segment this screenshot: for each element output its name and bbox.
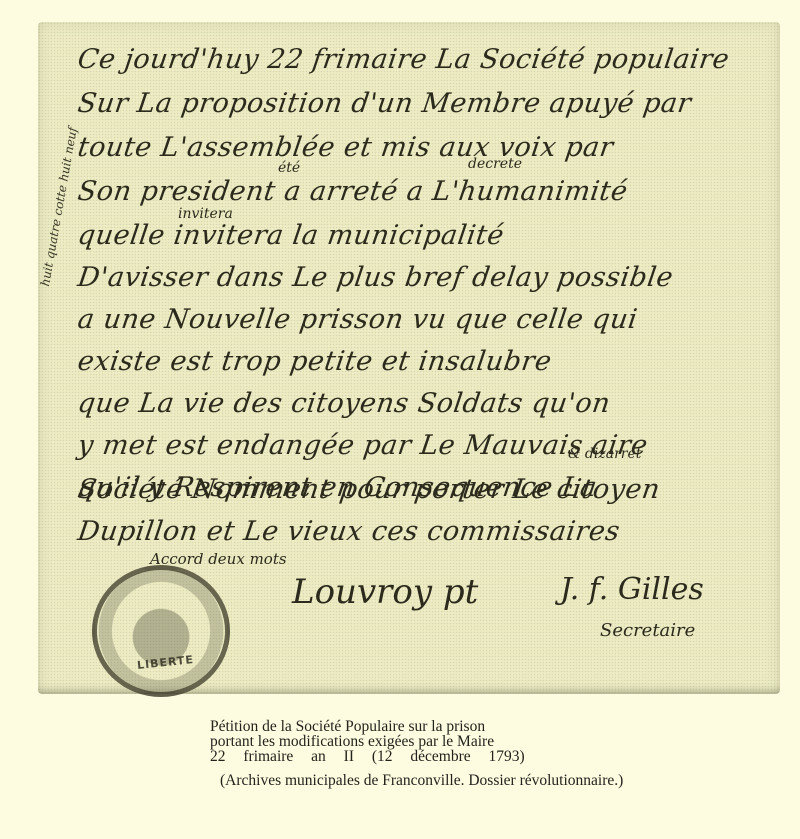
interlinear-ete: été	[278, 160, 300, 176]
manuscript-line-12: Société Nomment pour porter Le citoyen	[76, 474, 780, 505]
manuscript-line-13: Dupillon et Le vieux ces commissaires	[76, 516, 780, 547]
manuscript-line-3: toute L'assemblée et mis aux voix par	[76, 132, 780, 163]
seal-text: LIBERTE	[136, 653, 194, 672]
manuscript-line-6: D'avisser dans Le plus bref delay possib…	[76, 262, 780, 293]
caption-line-3: 22 frimaire an II (12 décembre 1793)	[210, 749, 525, 764]
interlinear-decrete: decrete	[468, 156, 522, 172]
manuscript-line-2: Sur La proposition d'un Membre apuyé par	[76, 88, 780, 119]
manuscript-line-7: a une Nouvelle prisson vu que celle qui	[76, 304, 780, 335]
secretary-title: Secretaire	[600, 620, 695, 641]
manuscript-line-10: y met est endangée par Le Mauvais aire	[76, 430, 780, 461]
signature-president: Louvroy pt	[292, 572, 478, 612]
caption-source: (Archives municipales de Franconville. D…	[220, 772, 623, 790]
manuscript-line-4: Son president a arreté a L'humanimité	[76, 176, 780, 207]
municipal-seal: LIBERTE	[92, 565, 230, 697]
manuscript-line-5: quelle invitera la municipalité	[76, 220, 780, 251]
caption-line-1: Pétition de la Société Populaire sur la …	[210, 719, 525, 734]
signature-secretary: J. f. Gilles	[560, 572, 704, 607]
manuscript-line-9: que La vie des citoyens Soldats qu'on	[76, 388, 780, 419]
interlinear-dizarret: & dizarret	[568, 446, 641, 462]
manuscript-line-1: Ce jourd'huy 22 frimaire La Société popu…	[76, 44, 780, 75]
caption-line-2: portant les modifications exigées par le…	[210, 734, 525, 749]
figure-caption: Pétition de la Société Populaire sur la …	[210, 719, 525, 764]
manuscript-line-8: existe est trop petite et insalubre	[76, 346, 780, 377]
